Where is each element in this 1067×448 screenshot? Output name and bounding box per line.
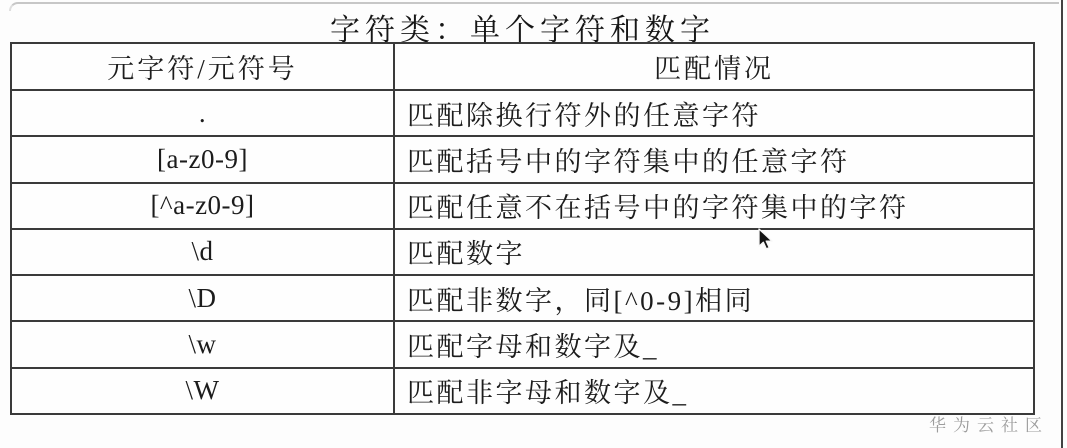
table-row: \W 匹配非字母和数字及_ (11, 368, 1034, 414)
table-row: [a-z0-9] 匹配括号中的字符集中的任意字符 (11, 136, 1034, 182)
table-row: . 匹配除换行符外的任意字符 (11, 90, 1034, 136)
metachar-cell: . (11, 90, 394, 136)
column-header-match: 匹配情况 (394, 43, 1034, 90)
table-row: [^a-z0-9] 匹配任意不在括号中的字符集中的字符 (11, 183, 1034, 229)
arrow-cursor-icon (757, 228, 774, 251)
metachar-cell: [^a-z0-9] (11, 183, 394, 229)
description-cell: 匹配任意不在括号中的字符集中的字符 (394, 183, 1034, 229)
metachar-cell: \w (11, 321, 394, 367)
metachar-cell: \d (11, 229, 394, 275)
frame-right-edge (1061, 0, 1063, 448)
table-header-row: 元字符/元符号 匹配情况 (11, 43, 1034, 90)
description-cell: 匹配非数字，同[^0-9]相同 (394, 275, 1034, 321)
description-cell: 匹配数字 (394, 229, 1034, 275)
watermark: 华为云社区 (929, 411, 1049, 436)
metachar-cell: [a-z0-9] (11, 136, 394, 182)
description-cell: 匹配除换行符外的任意字符 (394, 90, 1034, 136)
description-cell: 匹配括号中的字符集中的任意字符 (394, 136, 1034, 182)
metachar-cell: \D (11, 275, 394, 321)
column-header-metachar: 元字符/元符号 (11, 43, 394, 90)
description-cell: 匹配字母和数字及_ (394, 321, 1034, 367)
metachar-cell: \W (11, 368, 394, 414)
page: 字符类：单个字符和数字 元字符/元符号 匹配情况 . 匹配除换行符外的任意字符 … (0, 0, 1067, 448)
regex-table: 元字符/元符号 匹配情况 . 匹配除换行符外的任意字符 [a-z0-9] 匹配括… (10, 42, 1035, 415)
table-row: \d 匹配数字 (11, 229, 1034, 275)
table-row: \w 匹配字母和数字及_ (11, 321, 1034, 367)
description-cell: 匹配非字母和数字及_ (394, 368, 1034, 414)
table-row: \D 匹配非数字，同[^0-9]相同 (11, 275, 1034, 321)
